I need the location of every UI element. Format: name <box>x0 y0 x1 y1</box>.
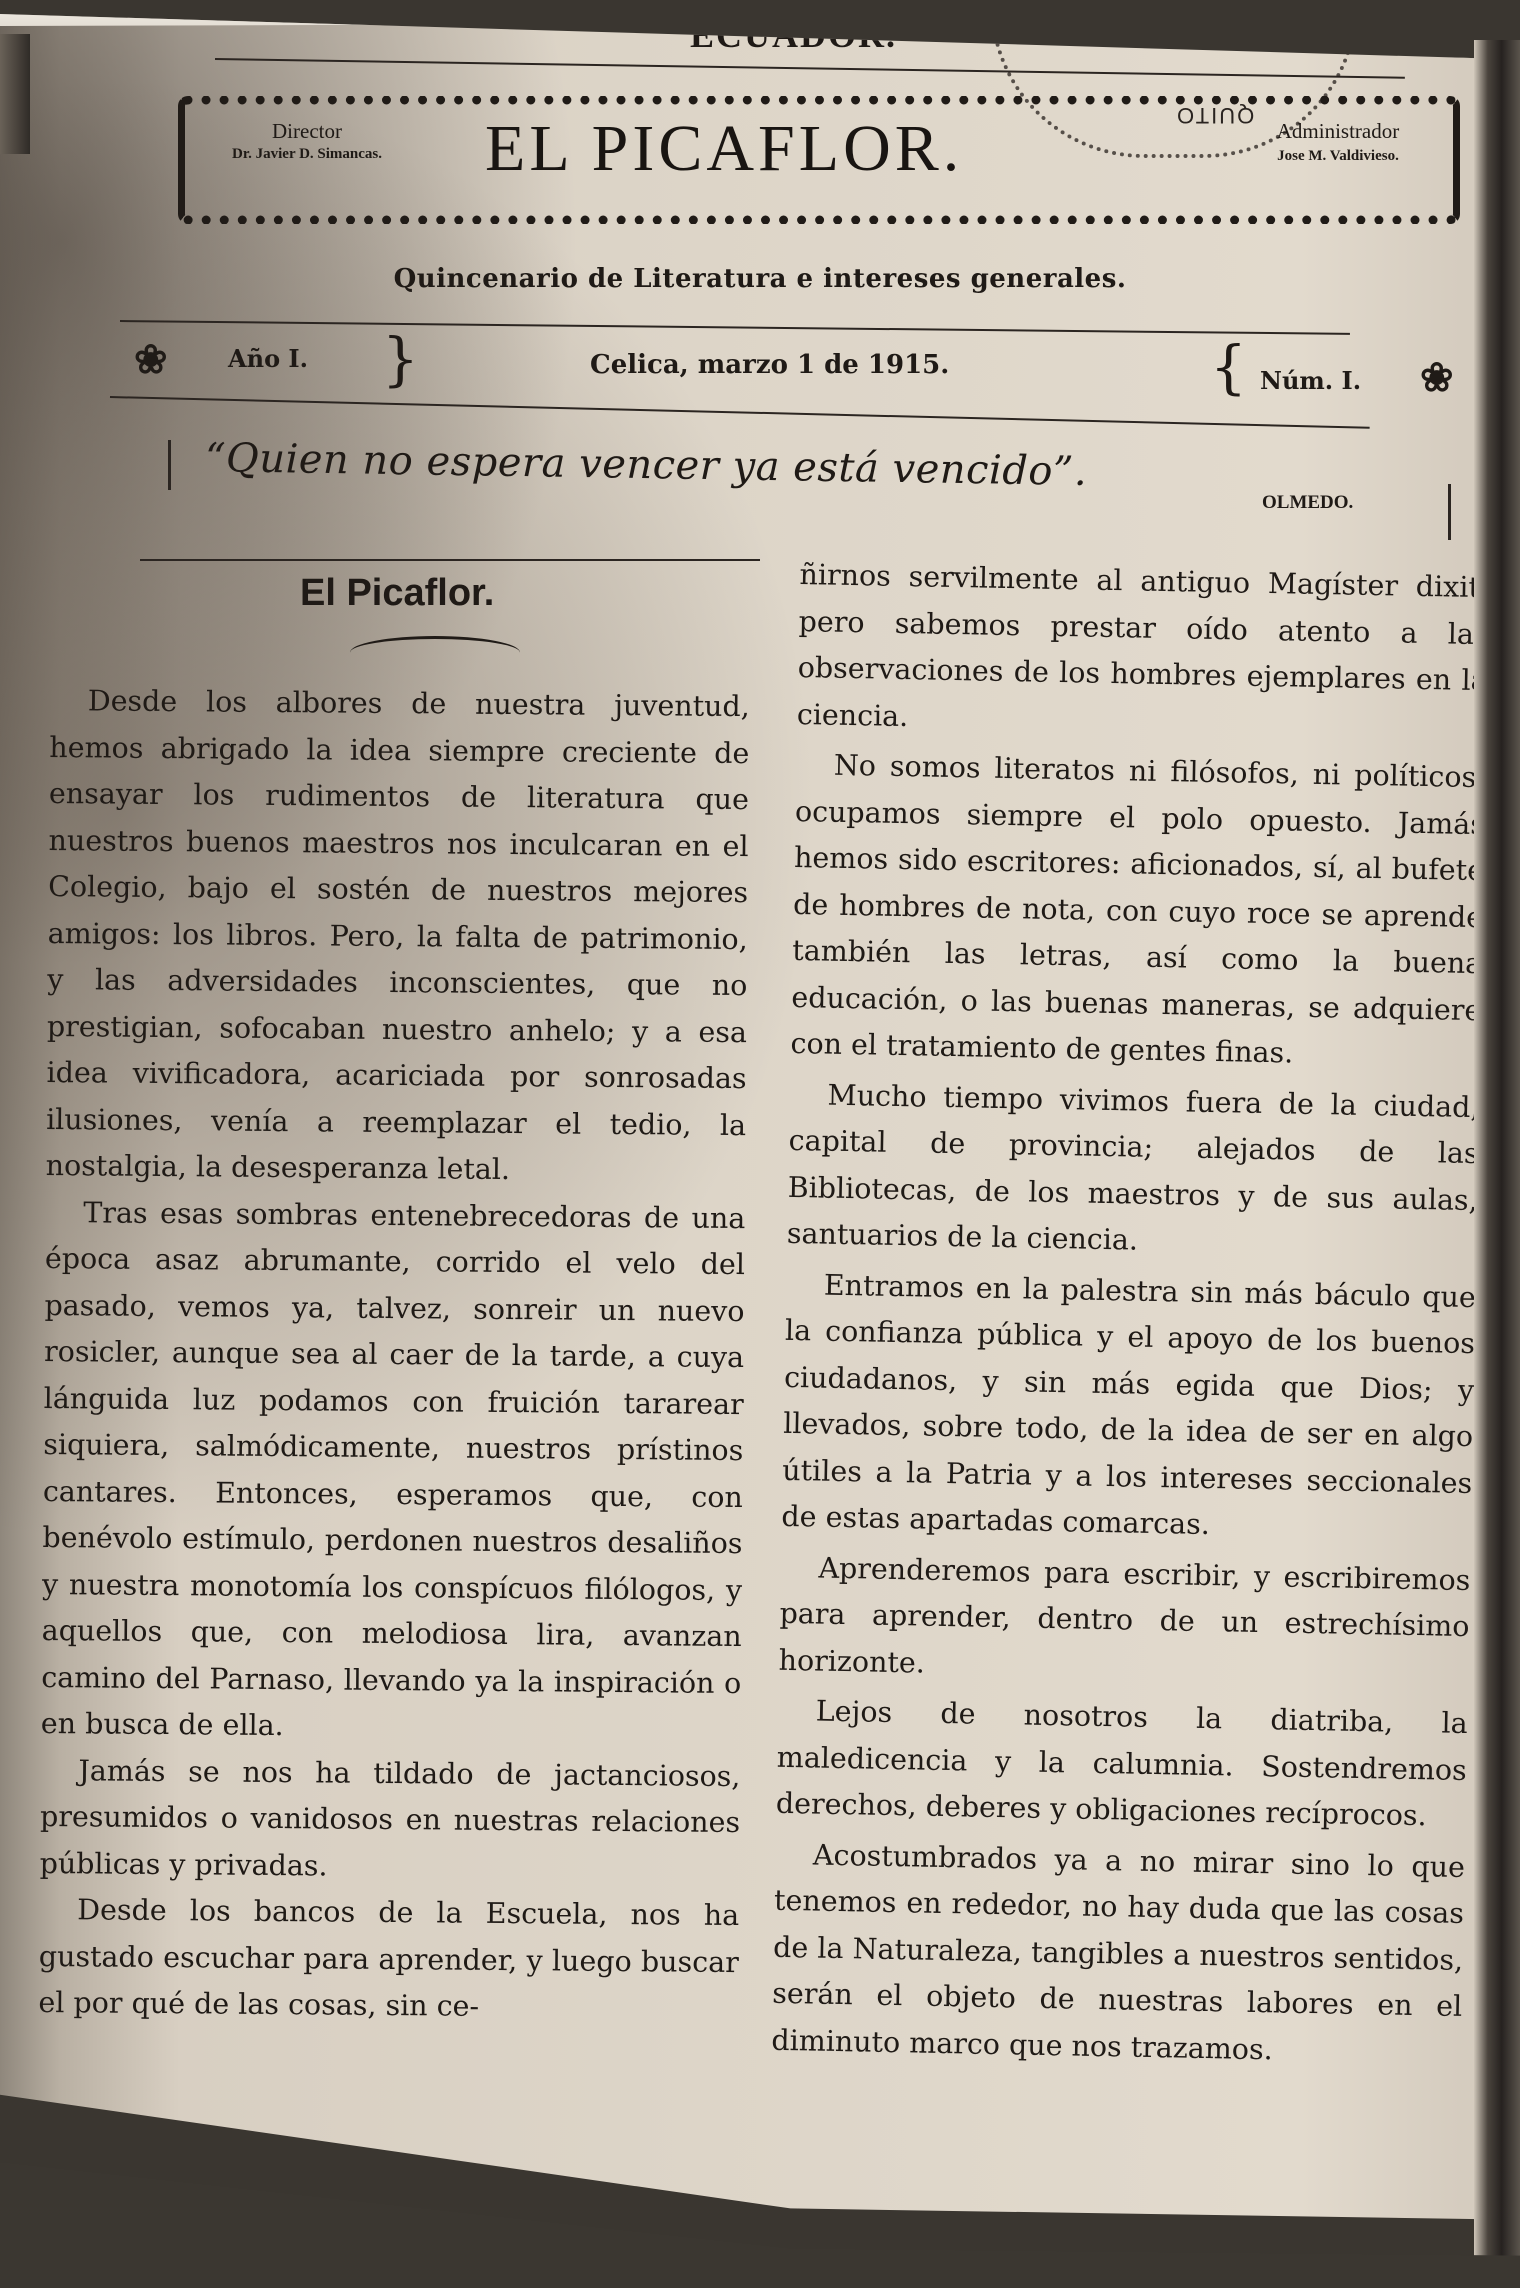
administrator-label: Administrador <box>1233 119 1443 144</box>
issue-number: Núm. I. <box>1260 366 1361 395</box>
paragraph: Lejos de nosotros la diatriba, la maledi… <box>776 1688 1469 1841</box>
paragraph: Desde los bancos de la Escuela, nos ha g… <box>38 1887 739 2033</box>
motto-author: OLMEDO. <box>1262 492 1353 514</box>
administrator-block: Administrador Jose M. Valdivieso. <box>1233 119 1443 165</box>
page-fold-shadow <box>0 34 30 154</box>
paragraph: Tras esas sombras entenebrecedoras de un… <box>41 1189 746 1753</box>
paragraph: Entramos en la palestra sin más báculo q… <box>781 1261 1476 1553</box>
paragraph: Aprenderemos para escribir, y escribirem… <box>778 1544 1471 1697</box>
publication-subtitle: Quincenario de Literatura e intereses ge… <box>0 264 1520 294</box>
info-rule-top <box>120 320 1350 335</box>
info-rule-bottom <box>110 396 1370 429</box>
binding-edge-shadow <box>1474 40 1520 2270</box>
paragraph: Acostumbrados ya a no mirar sino lo que … <box>771 1831 1465 2077</box>
director-label: Director <box>197 119 417 144</box>
newspaper-title: EL PICAFLOR. <box>485 111 963 187</box>
article-right-column: ñirnos servilmente al antiguo Magíster d… <box>771 552 1490 2081</box>
motto-quote: “Quien no espera vencer ya está vencido”… <box>205 435 1088 495</box>
brace-ornament-icon: { <box>1210 342 1247 392</box>
article-title: El Picaflor. <box>300 572 494 615</box>
country-header: ECUADOR. <box>690 14 897 56</box>
article-left-column: Desde los albores de nuestra juventud, h… <box>38 678 750 2033</box>
issue-year: Año I. <box>228 344 308 373</box>
director-name: Dr. Javier D. Simancas. <box>197 146 417 163</box>
paragraph: Jamás se nos ha tildado de jactanciosos,… <box>39 1747 740 1893</box>
director-block: Director Dr. Javier D. Simancas. <box>197 119 417 163</box>
paragraph-continuation: ñirnos servilmente al antiguo Magíster d… <box>796 552 1489 751</box>
motto-rule-right <box>1448 484 1451 540</box>
paragraph: Desde los albores de nuestra juventud, h… <box>46 678 750 1196</box>
column-rule <box>140 559 760 561</box>
masthead-frame: Director Dr. Javier D. Simancas. EL PICA… <box>178 96 1460 224</box>
paragraph: Mucho tiempo vivimos fuera de la ciudad,… <box>786 1071 1479 1270</box>
flower-ornament-icon: ❀ <box>134 340 168 380</box>
issue-place-date: Celica, marzo 1 de 1915. <box>590 350 949 380</box>
issue-info-row: ❀ Año I. } Celica, marzo 1 de 1915. { Nú… <box>120 334 1460 394</box>
flower-ornament-icon: ❀ <box>1420 358 1454 398</box>
newspaper-page: ECUADOR. QUITO Director Dr. Javier D. Si… <box>0 14 1520 2288</box>
title-ornament <box>350 636 520 669</box>
administrator-name: Jose M. Valdivieso. <box>1233 148 1443 165</box>
brace-ornament-icon: } <box>382 334 419 384</box>
motto-rule-left <box>168 440 171 490</box>
paragraph: No somos literatos ni filósofos, ni polí… <box>790 742 1486 1081</box>
